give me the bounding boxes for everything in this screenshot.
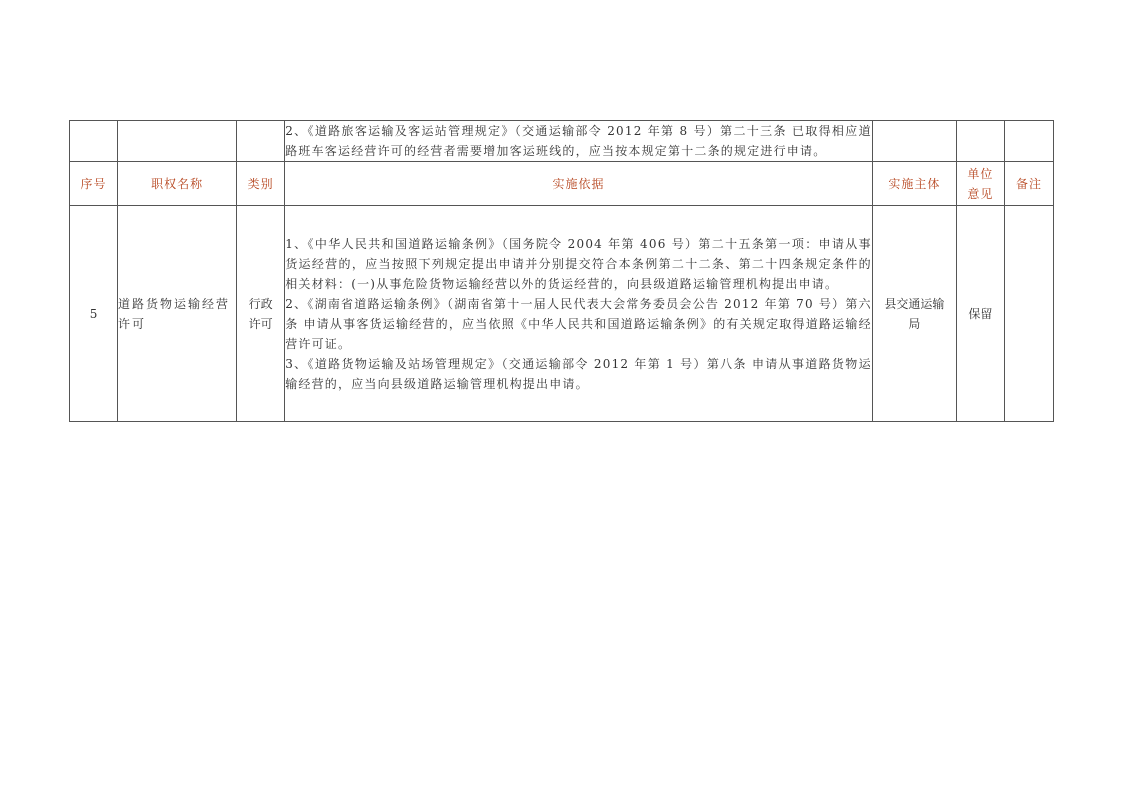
cell-opinion: 保留 [956, 206, 1004, 422]
basis-item-2: 2、《湖南省道路运输条例》（湖南省第十一届人民代表大会常务委员会公告 2012 … [285, 294, 872, 354]
header-opinion: 单位 意见 [956, 162, 1004, 206]
authority-table: 2、《道路旅客运输及客运站管理规定》（交通运输部令 2012 年第 8 号）第二… [69, 120, 1054, 422]
header-note: 备注 [1004, 162, 1053, 206]
header-type: 类别 [237, 162, 285, 206]
cell-body-empty [872, 121, 956, 162]
cell-type: 行政 许可 [237, 206, 285, 422]
header-no: 序号 [70, 162, 118, 206]
basis-text: 2、《道路旅客运输及客运站管理规定》（交通运输部令 2012 年第 8 号）第二… [285, 121, 872, 161]
cell-note [1004, 206, 1053, 422]
header-row: 序号 职权名称 类别 实施依据 实施主体 单位 意见 备注 [70, 162, 1054, 206]
cell-type-empty [237, 121, 285, 162]
basis-item-1: 1、《中华人民共和国道路运输条例》（国务院令 2004 年第 406 号）第二十… [285, 234, 872, 294]
basis-item-3: 3、《道路货物运输及站场管理规定》（交通运输部令 2012 年第 1 号）第八条… [285, 354, 872, 394]
cell-opinion-empty [956, 121, 1004, 162]
cell-no-empty [70, 121, 118, 162]
header-body: 实施主体 [872, 162, 956, 206]
header-opinion-line1: 单位 [957, 164, 1004, 184]
cell-no: 5 [70, 206, 118, 422]
header-basis: 实施依据 [285, 162, 873, 206]
header-opinion-line2: 意见 [957, 184, 1004, 204]
type-line1: 行政 [237, 294, 284, 314]
cell-name-empty [118, 121, 237, 162]
header-name: 职权名称 [118, 162, 237, 206]
table-row: 5 道路货物运输经营许可 行政 许可 1、《中华人民共和国道路运输条例》（国务院… [70, 206, 1054, 422]
cell-basis-continued: 2、《道路旅客运输及客运站管理规定》（交通运输部令 2012 年第 8 号）第二… [285, 121, 873, 162]
type-line2: 许可 [237, 314, 284, 334]
continued-row: 2、《道路旅客运输及客运站管理规定》（交通运输部令 2012 年第 8 号）第二… [70, 121, 1054, 162]
cell-name: 道路货物运输经营许可 [118, 206, 237, 422]
cell-note-empty [1004, 121, 1053, 162]
cell-body: 县交通运输局 [872, 206, 956, 422]
cell-basis: 1、《中华人民共和国道路运输条例》（国务院令 2004 年第 406 号）第二十… [285, 206, 873, 422]
